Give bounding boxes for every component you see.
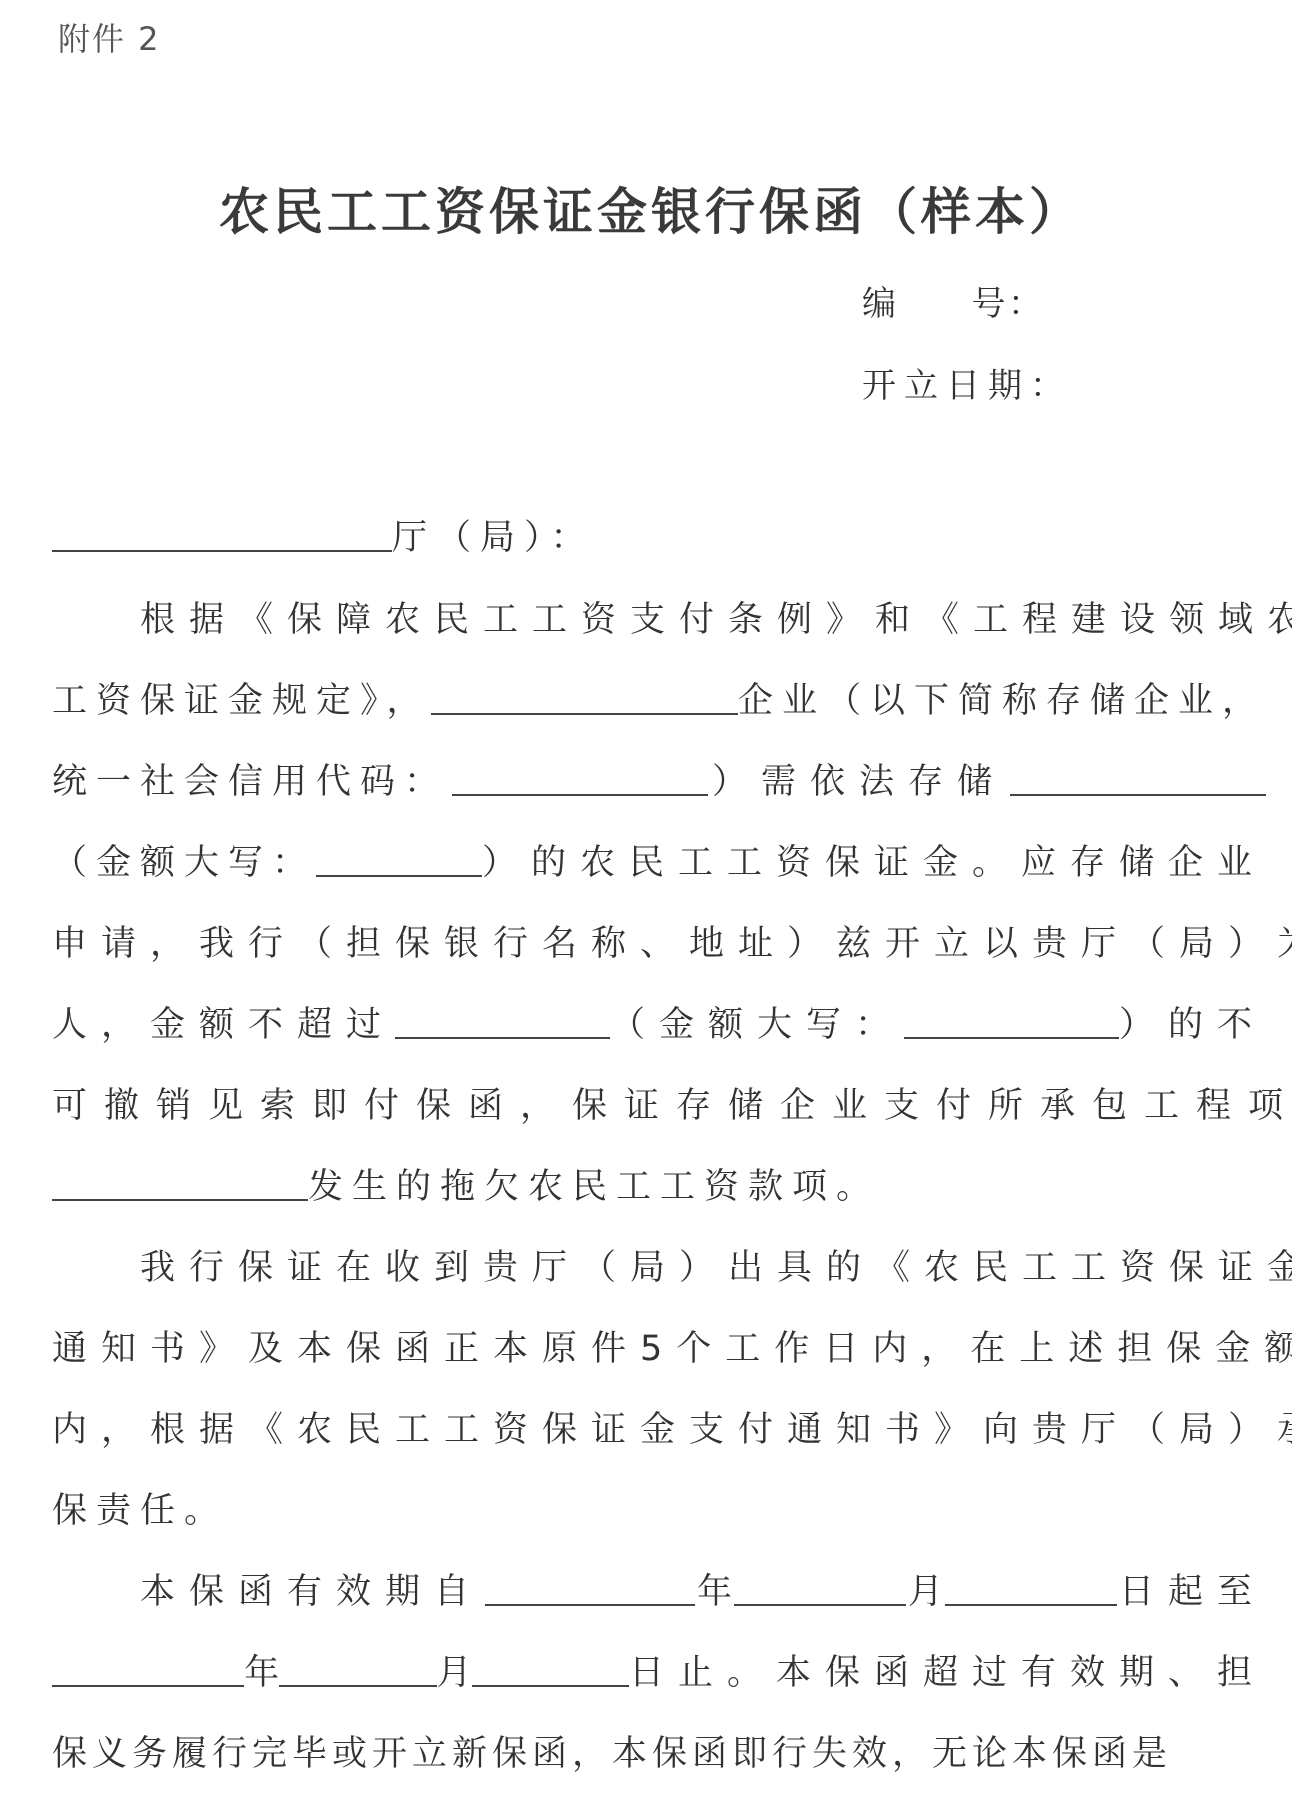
- paragraph-text: 根据《保障农民工工资支付条例》和《工程建设领域农民工: [140, 592, 1292, 642]
- issue-date-field: 开立日期：: [862, 358, 1072, 407]
- paragraph3-line2: 年 月 日止。本保函超过有效期、担: [52, 1635, 1266, 1695]
- paragraph2-line4: 保责任。: [52, 1473, 1266, 1533]
- paragraph-text: 统一社会信用代码：: [52, 754, 448, 804]
- paragraph-text: ）需依法存储: [712, 754, 1006, 804]
- guarantee-amount-words-blank[interactable]: [904, 1036, 1119, 1039]
- paragraph-text: 日止。本保函超过有效期、担: [629, 1645, 1266, 1695]
- paragraph1-line7: 可撤销见索即付保函，保证存储企业支付所承包工程项目: [52, 1068, 1266, 1128]
- project-name-blank[interactable]: [52, 1198, 308, 1201]
- issue-date-label: 开立日期：: [862, 358, 1072, 407]
- paragraph1-line6: 人，金额不超过 （金额大写： ）的不: [52, 987, 1266, 1047]
- salutation-line: 厅（局）：: [52, 500, 1266, 560]
- guarantee-amount-blank[interactable]: [395, 1036, 610, 1039]
- paragraph2-line1: 我行保证在收到贵厅（局）出具的《农民工工资保证金支付: [52, 1230, 1266, 1290]
- paragraph-text: （金额大写：: [52, 835, 316, 885]
- start-day-blank[interactable]: [945, 1603, 1117, 1606]
- start-month-blank[interactable]: [734, 1603, 906, 1606]
- month-label: 月: [437, 1645, 472, 1695]
- paragraph1-line4: （金额大写： ）的农民工工资保证金。应存储企业: [52, 825, 1266, 885]
- credit-code-blank[interactable]: [452, 793, 708, 796]
- end-day-blank[interactable]: [472, 1684, 629, 1687]
- start-year-blank[interactable]: [485, 1603, 695, 1606]
- paragraph-text: 企业（以下简称存储企业，: [738, 673, 1266, 723]
- paragraph1-line3: 统一社会信用代码： ）需依法存储: [52, 744, 1266, 804]
- paragraph-text: 可撤销见索即付保函，保证存储企业支付所承包工程项目: [52, 1078, 1292, 1128]
- paragraph2-line3: 内，根据《农民工工资保证金支付通知书》向贵厅（局）承担担: [52, 1392, 1266, 1452]
- paragraph-text: 工资保证金规定》，: [52, 673, 431, 723]
- paragraph-text: ）的不: [1119, 997, 1266, 1047]
- paragraph-text: 保责任。: [52, 1483, 228, 1533]
- department-blank[interactable]: [52, 549, 392, 552]
- year-label: 年: [244, 1645, 279, 1695]
- deposit-amount-words-blank[interactable]: [316, 874, 482, 877]
- salutation-suffix: 厅（局）：: [392, 510, 595, 560]
- end-month-blank[interactable]: [279, 1684, 436, 1687]
- paragraph-text: （金额大写：: [610, 997, 904, 1047]
- document-title: 农民工工资保证金银行保函（样本）: [0, 172, 1292, 244]
- paragraph-text: 内，根据《农民工工资保证金支付通知书》向贵厅（局）承担担: [52, 1402, 1292, 1452]
- month-label: 月: [908, 1564, 943, 1614]
- paragraph-text: 申请，我行（担保银行名称、地址）兹开立以贵厅（局）为受益: [52, 916, 1292, 966]
- paragraph-text: 通知书》及本保函正本原件5个工作日内，在上述担保金额范围: [52, 1321, 1292, 1371]
- paragraph-text: 日起至: [1119, 1564, 1266, 1614]
- end-year-blank[interactable]: [52, 1684, 244, 1687]
- enterprise-name-blank[interactable]: [431, 712, 738, 715]
- paragraph2-line2: 通知书》及本保函正本原件5个工作日内，在上述担保金额范围: [52, 1311, 1266, 1371]
- paragraph-text: 发生的拖欠农民工工资款项。: [308, 1159, 880, 1209]
- paragraph1-line8: 发生的拖欠农民工工资款项。: [52, 1149, 1266, 1209]
- year-label: 年: [697, 1564, 732, 1614]
- guarantee-number-label: 编 号：: [862, 276, 1042, 325]
- paragraph1-line2: 工资保证金规定》， 企业（以下简称存储企业，: [52, 663, 1266, 723]
- paragraph-text: ）的农民工工资保证金。应存储企业: [482, 835, 1266, 885]
- paragraph-text: 我行保证在收到贵厅（局）出具的《农民工工资保证金支付: [140, 1240, 1292, 1290]
- guarantee-number-field: 编 号：: [862, 276, 1042, 325]
- deposit-amount-blank[interactable]: [1010, 793, 1266, 796]
- paragraph3-line3: 保义务履行完毕或开立新保函，本保函即行失效，无论本保函是: [52, 1716, 1266, 1776]
- document-page: 附件 2 农民工工资保证金银行保函（样本） 编 号： 开立日期： 厅（局）： 根…: [0, 0, 1292, 1805]
- paragraph-text: 本保函有效期自: [140, 1564, 483, 1614]
- paragraph-text: 保义务履行完毕或开立新保函，本保函即行失效，无论本保函是: [52, 1726, 1172, 1776]
- paragraph-text: 人，金额不超过: [52, 997, 395, 1047]
- paragraph1-line1: 根据《保障农民工工资支付条例》和《工程建设领域农民工: [52, 582, 1266, 642]
- annex-label: 附件 2: [58, 14, 161, 60]
- paragraph1-line5: 申请，我行（担保银行名称、地址）兹开立以贵厅（局）为受益: [52, 906, 1266, 966]
- paragraph3-line1: 本保函有效期自 年 月 日起至: [52, 1554, 1266, 1614]
